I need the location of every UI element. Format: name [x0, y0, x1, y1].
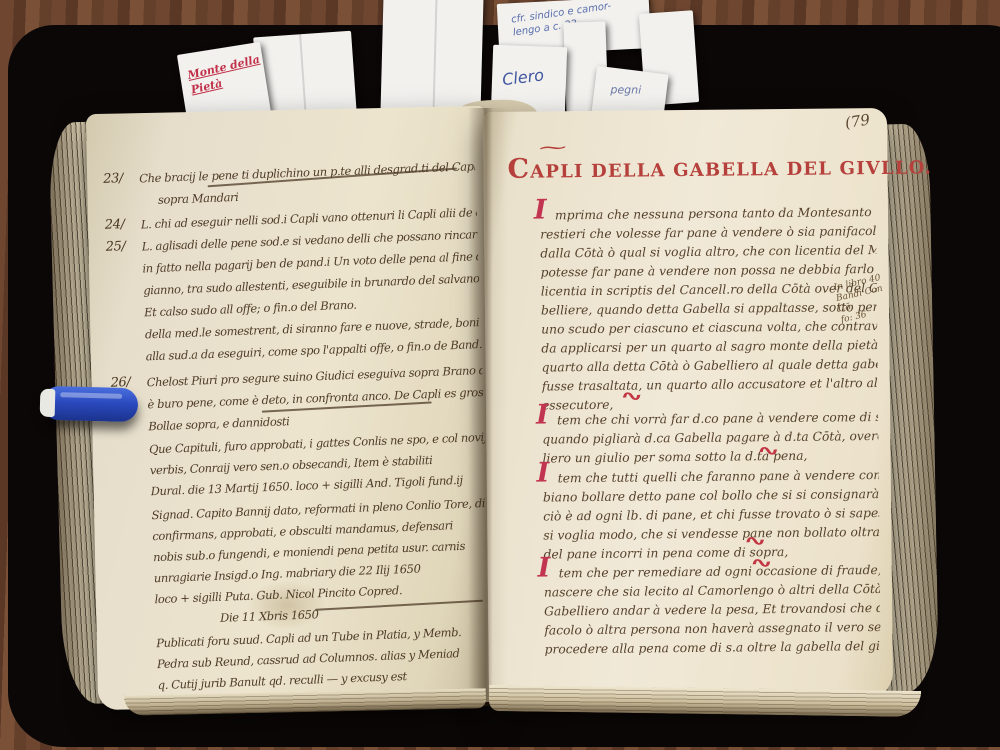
paper-crease: [432, 0, 437, 118]
entry-number: 24/: [105, 214, 126, 237]
entry-number: 25/: [105, 236, 126, 259]
confirmation-block: Signad. Capito Bannij dato, reformati in…: [115, 493, 491, 612]
red-flourish-icon: ∿: [743, 533, 769, 550]
red-flourish-icon: ∿: [756, 442, 782, 459]
manuscript-line: quando pigliarà d.ca Gabella pagare à d.…: [542, 427, 878, 450]
manuscript-line: si voglia modo, che si vendesse pane non…: [543, 523, 879, 546]
manuscript-line: fusse trasaltata, un quarto allo accusat…: [542, 374, 878, 397]
gutter-shadow: [468, 108, 508, 706]
paper-crease: [299, 34, 307, 118]
manuscript-paragraph: I mprima che nessuna persona tanto da Mo…: [540, 203, 878, 416]
photo-scene: cfr. sindico e camor-lengo a c. 23 Clero…: [0, 0, 1000, 750]
manuscript-paragraph: I tem che per remediare ad ogni occasion…: [544, 561, 881, 660]
approbation-block: Que Capituli, furo approbati, i gattes C…: [113, 427, 487, 504]
bookmark-tab: [380, 0, 483, 119]
folio-number: (79: [844, 110, 871, 132]
paragraph-initial: I: [534, 200, 547, 219]
clero-label: Clero: [501, 65, 545, 89]
red-flourish-icon: ∿: [619, 388, 645, 405]
left-page-text: 23/ Che bracij le pene ti duplichino un …: [102, 139, 494, 712]
pen-cap: [40, 389, 56, 417]
pen-highlight: [60, 392, 122, 399]
paragraph-initial: I: [537, 463, 550, 482]
paragraph-initial: I: [536, 405, 549, 424]
register-entry: 26/ Chelost Piuri pro segure suino Giudi…: [110, 359, 484, 439]
blue-pen: [42, 386, 139, 423]
pegni-label: pegni: [610, 83, 641, 97]
manuscript-paragraph: I tem che tutti quelli che faranno pane …: [543, 466, 880, 565]
left-page: 23/ Che bracij le pene ti duplichino un …: [86, 106, 496, 710]
red-flourish-icon: ∿: [749, 555, 775, 572]
manuscript-line: liero un giulio per soma sotto la d.ta p…: [542, 446, 878, 469]
paragraph-initial: I: [538, 558, 551, 577]
register-entry: 25/ L. aglisadi delle pene sod.e si veda…: [105, 223, 482, 369]
manuscript-line: procedere alla pena come di s.a oltre la…: [544, 637, 880, 660]
entry-number: 23/: [103, 168, 124, 191]
monte-della-pieta-label: Monte dellaPietà: [186, 52, 264, 98]
chapter-title: CAPLI DELLA GABELLA DEL GIVLLO.: [507, 150, 863, 185]
manuscript-paragraph: I tem che chi vorrà far d.co pane à vend…: [542, 408, 879, 469]
right-page: (79 ∼ CAPLI DELLA GABELLA DEL GIVLLO. In…: [483, 108, 893, 704]
